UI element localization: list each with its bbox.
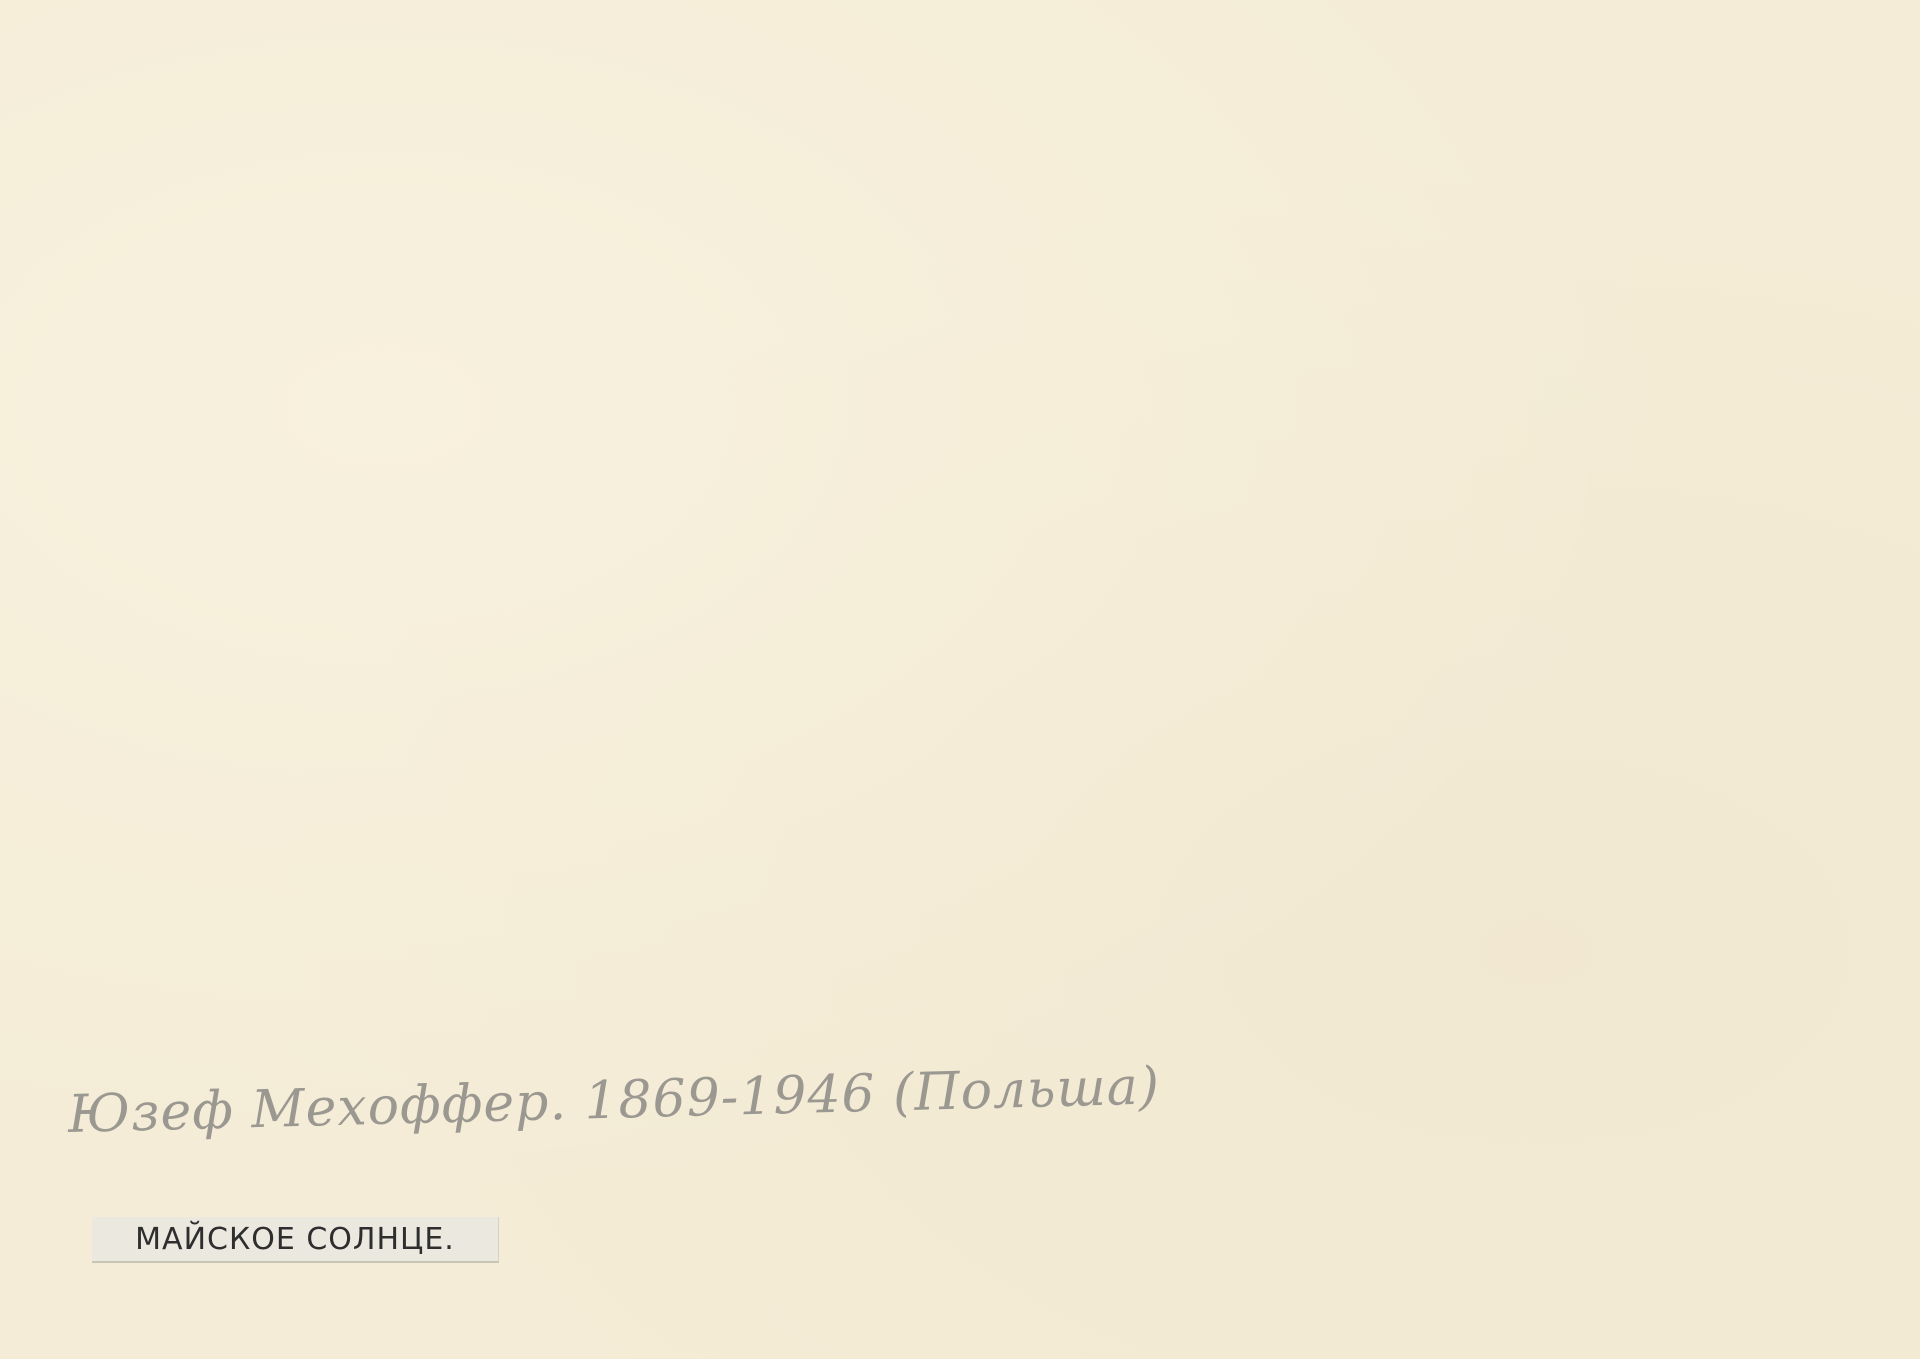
postcard-back: Юзеф Мехоффер. 1869-1946 (Польша) МАЙСКО… — [0, 0, 1920, 1359]
title-label-text: МАЙСКОЕ СОЛНЦЕ. — [135, 1222, 455, 1257]
handwritten-artist-note: Юзеф Мехоффер. 1869-1946 (Польша) — [67, 1056, 1160, 1145]
printed-title-label: МАЙСКОЕ СОЛНЦЕ. — [92, 1217, 499, 1263]
